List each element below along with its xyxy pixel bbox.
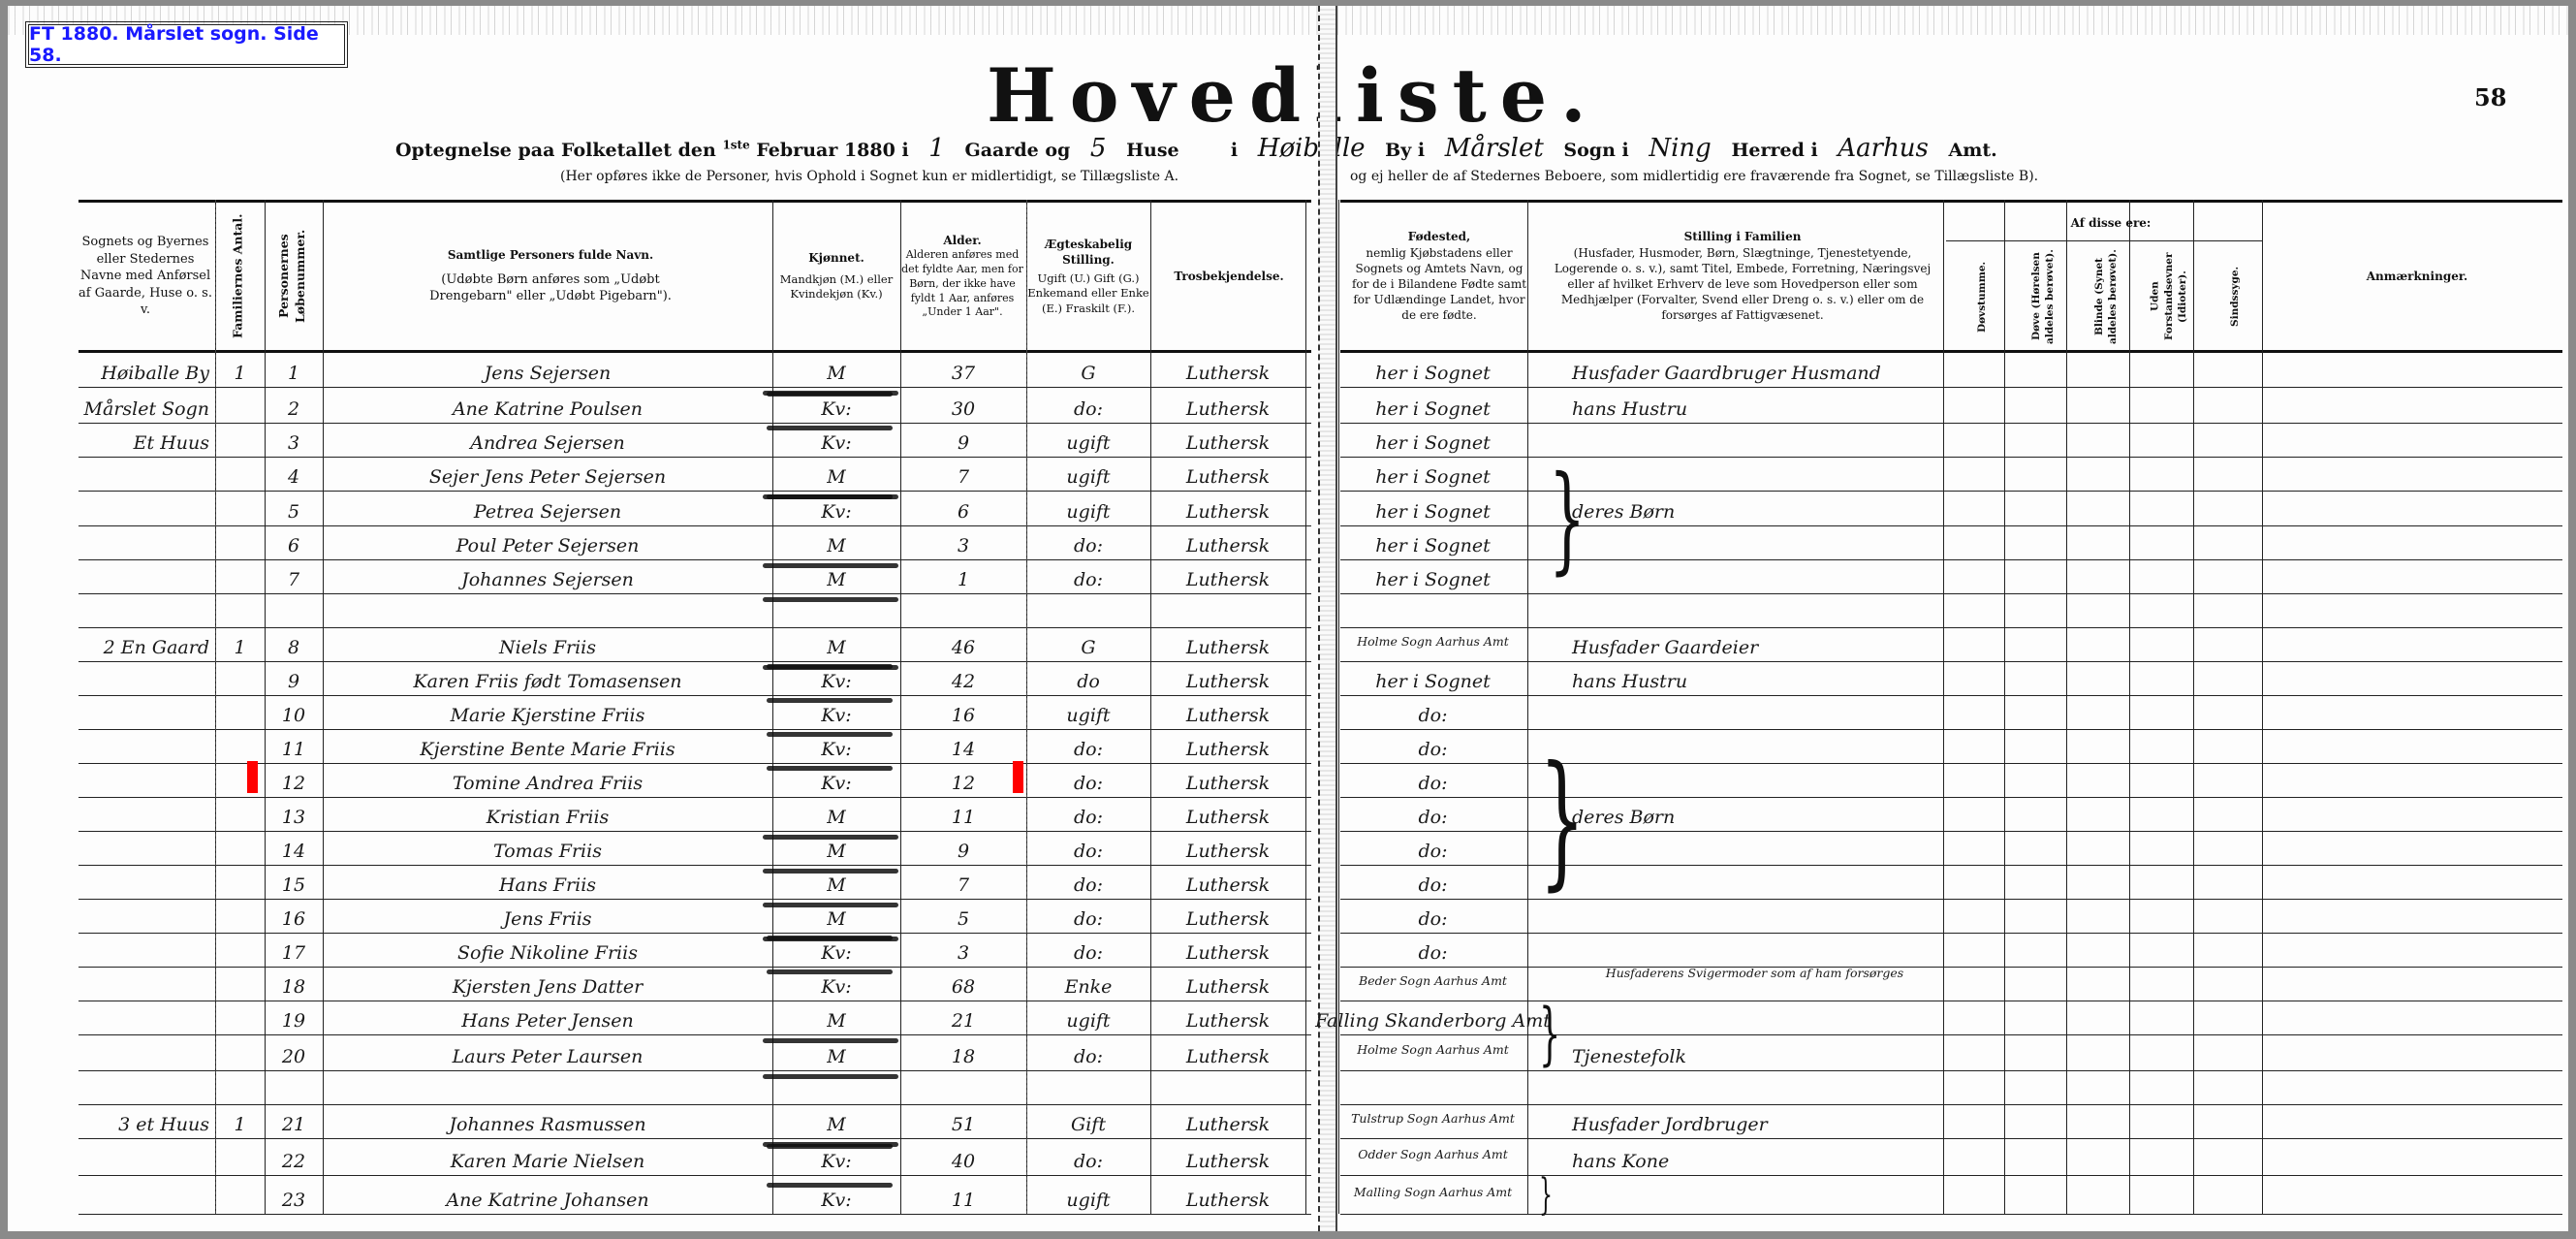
cell-age: 1 [906, 559, 1021, 589]
header-marital: Ægteskabelig Stilling. Ugift (U.) Gift (… [1027, 205, 1149, 348]
cell-religion: Luthersk [1156, 525, 1300, 556]
cell-place [36, 661, 209, 691]
cell-families [221, 797, 259, 827]
ruling-line [1340, 1104, 2562, 1105]
cell-birthplace: do: [1344, 695, 1522, 725]
cell-serial: 5 [270, 491, 317, 522]
cell-families [221, 831, 259, 861]
cell-marital: G [1032, 350, 1145, 383]
cell-marital: do: [1032, 1034, 1145, 1066]
cell-name: Sejer Jens Peter Sejersen [329, 457, 767, 487]
column-line [2066, 200, 2067, 1214]
ruling-line [1340, 387, 2562, 388]
cell-serial: 7 [270, 559, 317, 589]
cell-place [36, 933, 209, 963]
cell-age [906, 1070, 1021, 1100]
cell-name: Karen Marie Nielsen [329, 1138, 767, 1171]
cell-name: Ane Katrine Johansen [329, 1175, 767, 1210]
ruling-line [1340, 1001, 2562, 1001]
cell-birthplace: her i Sognet [1344, 661, 1522, 691]
cell-religion [1156, 593, 1300, 623]
header-position: Stilling i Familien (Husfader, Husmoder,… [1539, 205, 1946, 348]
header-birthplace: Fødested, nemlig Kjøbstadens eller Sogne… [1347, 205, 1531, 348]
cell-families [221, 387, 259, 419]
cell-marital: do: [1032, 763, 1145, 793]
cell-name: Kjersten Jens Datter [329, 967, 767, 997]
header-blind: Blinde (Synet aldeles berøvet). [2076, 246, 2136, 347]
header-deafmute: Døvstumme. [1954, 246, 2010, 347]
cell-marital: Enke [1032, 967, 1145, 997]
cell-name: Tomas Friis [329, 831, 767, 861]
cell-religion: Luthersk [1156, 1175, 1300, 1210]
header-deafmute-text: Døvstumme. [1975, 261, 1989, 332]
cell-families [221, 899, 259, 929]
cell-religion: Luthersk [1156, 661, 1300, 691]
cell-serial: 1 [270, 350, 317, 383]
cell-families [221, 729, 259, 759]
cell-name: Jens Sejersen [329, 350, 767, 383]
header-blind-text: Blinde (Synet aldeles berøvet). [2092, 246, 2120, 347]
cell-name: Tomine Andrea Friis [329, 763, 767, 793]
cell-serial: 21 [270, 1104, 317, 1134]
cell-position: hans Hustru [1572, 661, 1937, 691]
cell-name: Johannes Sejersen [329, 559, 767, 589]
cell-place [36, 763, 209, 793]
cell-sex: M [778, 350, 895, 383]
cell-families [221, 695, 259, 725]
column-line [1026, 200, 1027, 1214]
cell-name: Johannes Rasmussen [329, 1104, 767, 1134]
strike-mark [767, 392, 893, 397]
header-age: Alder. Alderen anføres med det fyldte Aa… [900, 205, 1024, 348]
cell-place [36, 457, 209, 487]
cell-serial: 8 [270, 627, 317, 657]
cell-serial: 2 [270, 387, 317, 419]
cell-position: Husfader Gaardeier [1572, 627, 1937, 657]
header-birthplace-title: Fødested, [1408, 229, 1470, 244]
cell-marital: do: [1032, 559, 1145, 589]
column-line [2193, 200, 2194, 1214]
ruling-line [1340, 350, 2562, 353]
cell-religion: Luthersk [1156, 1001, 1300, 1031]
cell-birthplace [1344, 593, 1522, 623]
cell-families [221, 1034, 259, 1066]
cell-age: 18 [906, 1034, 1021, 1066]
cell-serial: 16 [270, 899, 317, 929]
cell-religion: Luthersk [1156, 1138, 1300, 1171]
header-sex: Kjønnet. Mandkjøn (M.) eller Kvindekjøn … [775, 205, 897, 348]
cell-marital: do [1032, 661, 1145, 691]
cell-birthplace: Falling Skanderborg Amt [1344, 1001, 1522, 1031]
cell-serial: 23 [270, 1175, 317, 1210]
ruling-line [1340, 200, 2562, 203]
cell-serial: 10 [270, 695, 317, 725]
cell-religion [1156, 1070, 1300, 1100]
ruling-line [1340, 1138, 2562, 1139]
cell-serial: 18 [270, 967, 317, 997]
cell-religion: Luthersk [1156, 457, 1300, 487]
cell-religion: Luthersk [1156, 559, 1300, 589]
cell-sex: M [778, 865, 895, 895]
cell-sex: M [778, 831, 895, 861]
header-name-title: Samtlige Personers fulde Navn. [448, 247, 653, 263]
header-serial-text: Personernes Løbenummer. [276, 205, 309, 348]
cell-place [36, 729, 209, 759]
header-place-text: Sognets og Byernes eller Stedernes Navne… [79, 234, 212, 319]
ruling-line [1340, 457, 2562, 458]
cell-age: 16 [906, 695, 1021, 725]
cell-families [221, 661, 259, 691]
cell-birthplace: her i Sognet [1344, 559, 1522, 589]
cell-religion: Luthersk [1156, 899, 1300, 929]
ruling-line [1340, 593, 2562, 594]
cell-marital: ugift [1032, 423, 1145, 453]
column-line [2004, 200, 2005, 1214]
cell-birthplace: her i Sognet [1344, 525, 1522, 556]
strike-mark [767, 936, 893, 940]
cell-families: 1 [221, 627, 259, 657]
cell-place [36, 831, 209, 861]
header-insane: Sindssyge. [2203, 246, 2267, 347]
cell-name: Kristian Friis [329, 797, 767, 827]
column-line [1527, 200, 1528, 1214]
cell-sex: Kv: [778, 1175, 895, 1210]
cell-name: Kjerstine Bente Marie Friis [329, 729, 767, 759]
cell-marital: G [1032, 627, 1145, 657]
cell-religion: Luthersk [1156, 831, 1300, 861]
cell-families [221, 1175, 259, 1210]
cell-age: 68 [906, 967, 1021, 997]
ruling-line [1340, 1214, 2562, 1215]
cell-marital: ugift [1032, 457, 1145, 487]
cell-place [36, 695, 209, 725]
cell-serial: 22 [270, 1138, 317, 1171]
cell-families: 1 [221, 1104, 259, 1134]
cell-religion: Luthersk [1156, 387, 1300, 419]
cell-place [36, 525, 209, 556]
cell-marital: do: [1032, 831, 1145, 861]
cell-position: Tjenestefolk [1572, 1034, 1937, 1066]
header-place: Sognets og Byernes eller Stedernes Navne… [79, 205, 212, 348]
cell-place: Et Huus [36, 423, 209, 453]
cell-serial: 14 [270, 831, 317, 861]
cell-sex: M [778, 899, 895, 929]
cell-marital [1032, 593, 1145, 623]
header-position-title: Stilling i Familien [1684, 229, 1802, 244]
cell-place [36, 899, 209, 929]
header-families: Familiernes Antal. [215, 205, 262, 348]
ruling-line [1340, 729, 2562, 730]
cell-families [221, 457, 259, 487]
column-line [1150, 200, 1151, 1214]
cell-name: Marie Kjerstine Friis [329, 695, 767, 725]
ruling-line [1340, 627, 2562, 628]
cell-position: deres Børn [1572, 797, 1937, 827]
header-serial: Personernes Løbenummer. [265, 205, 321, 348]
column-line [772, 200, 773, 1214]
cell-position: Husfaderens Svigermoder som af ham forsø… [1572, 967, 1937, 997]
column-line [265, 200, 266, 1214]
cell-position: Husfader Gaardbruger Husmand [1572, 350, 1937, 383]
cell-families [221, 1070, 259, 1100]
ruling-line [1340, 695, 2562, 696]
cell-marital: Gift [1032, 1104, 1145, 1134]
cell-families [221, 865, 259, 895]
brace-children-family2: } [1539, 747, 1586, 893]
column-line [2129, 200, 2130, 1214]
cell-age [906, 593, 1021, 623]
header-families-text: Familiernes Antal. [231, 214, 247, 339]
cell-marital: do: [1032, 865, 1145, 895]
ruling-line [1340, 423, 2562, 424]
cell-name: Petrea Sejersen [329, 491, 767, 522]
cell-families: 1 [221, 350, 259, 383]
cell-serial: 6 [270, 525, 317, 556]
cell-marital: do: [1032, 1138, 1145, 1171]
cell-birthplace: her i Sognet [1344, 457, 1522, 487]
cell-birthplace: do: [1344, 729, 1522, 759]
cell-sex: M [778, 559, 895, 589]
cell-place: 2 En Gaard [36, 627, 209, 657]
cell-birthplace: do: [1344, 797, 1522, 827]
strike-mark [767, 698, 893, 703]
cell-place [36, 1138, 209, 1171]
cell-families [221, 593, 259, 623]
cell-age: 51 [906, 1104, 1021, 1134]
cell-age: 7 [906, 865, 1021, 895]
cell-marital: do: [1032, 797, 1145, 827]
census-page: FT 1880. Mårslet sogn. Side 58. Hovedlis… [8, 6, 2568, 1231]
cell-age: 14 [906, 729, 1021, 759]
cell-families [221, 967, 259, 997]
red-marker-right [1013, 761, 1023, 793]
header-name: Samtlige Personers fulde Navn. (Udøbte B… [328, 205, 773, 348]
cell-name [329, 593, 767, 623]
ruling-line [1946, 240, 2262, 241]
cell-place [36, 1070, 209, 1100]
cell-age: 42 [906, 661, 1021, 691]
cell-religion: Luthersk [1156, 695, 1300, 725]
ruling-line [1340, 763, 2562, 764]
ruling-line [1340, 797, 2562, 798]
column-line [1338, 200, 1339, 1214]
header-insane-text: Sindssyge. [2228, 267, 2242, 327]
strike-mark [767, 766, 893, 771]
brace-servants: } [1539, 1000, 1560, 1067]
header-idiot-text: Uden Forstandsevner (Idioter). [2149, 246, 2190, 347]
cell-age: 7 [906, 457, 1021, 487]
header-idiot: Uden Forstandsevner (Idioter). [2139, 246, 2199, 347]
cell-name: Ane Katrine Poulsen [329, 387, 767, 419]
column-line [2262, 200, 2263, 1214]
cell-birthplace: Holme Sogn Aarhus Amt [1344, 1034, 1522, 1066]
cell-religion: Luthersk [1156, 797, 1300, 827]
ruling-line [1340, 865, 2562, 866]
cell-age: 3 [906, 933, 1021, 963]
red-marker-left [247, 761, 258, 793]
cell-age: 5 [906, 899, 1021, 929]
cell-birthplace [1344, 1070, 1522, 1100]
cell-marital: do: [1032, 933, 1145, 963]
header-birthplace-note: nemlig Kjøbstadens eller Sognets og Amte… [1347, 245, 1531, 324]
column-line [1305, 200, 1306, 1214]
header-position-note: (Husfader, Husmoder, Børn, Slægtninge, T… [1549, 245, 1936, 324]
cell-religion: Luthersk [1156, 1104, 1300, 1134]
cell-place [36, 797, 209, 827]
cell-name: Hans Peter Jensen [329, 1001, 767, 1031]
cell-sex [778, 593, 895, 623]
column-line [323, 200, 324, 1214]
cell-name: Poul Peter Sejersen [329, 525, 767, 556]
cell-religion: Luthersk [1156, 627, 1300, 657]
header-deaf-text: Døve (Hørelsen aldeles berøvet). [2029, 246, 2057, 347]
cell-serial: 4 [270, 457, 317, 487]
cell-age: 3 [906, 525, 1021, 556]
cell-place [36, 1034, 209, 1066]
cell-religion: Luthersk [1156, 729, 1300, 759]
header-remarks-text: Anmærkninger. [2367, 269, 2468, 284]
ruling-line [1340, 491, 2562, 492]
cell-religion: Luthersk [1156, 865, 1300, 895]
cell-birthplace: her i Sognet [1344, 491, 1522, 522]
cell-marital: do: [1032, 387, 1145, 419]
brace-children-family1: } [1549, 461, 1586, 578]
cell-birthplace: her i Sognet [1344, 350, 1522, 383]
cell-birthplace: do: [1344, 899, 1522, 929]
ruling-line [79, 1214, 1311, 1215]
cell-serial: 17 [270, 933, 317, 963]
ruling-line [1340, 1175, 2562, 1176]
cell-place [36, 967, 209, 997]
ruling-line [1340, 831, 2562, 832]
header-of-these-text: Af disse ere: [2071, 215, 2152, 231]
cell-name: Jens Friis [329, 899, 767, 929]
cell-birthplace: Odder Sogn Aarhus Amt [1344, 1138, 1522, 1171]
header-religion: Trosbekjendelse. [1151, 205, 1306, 348]
cell-sex: M [778, 627, 895, 657]
cell-place: Mårslet Sogn [36, 387, 209, 419]
cell-name [329, 1070, 767, 1100]
strike-mark [767, 494, 893, 499]
cell-serial: 20 [270, 1034, 317, 1066]
cell-religion: Luthersk [1156, 763, 1300, 793]
column-line [1943, 200, 1944, 1214]
ruling-line [1340, 559, 2562, 560]
cell-age: 12 [906, 763, 1021, 793]
cell-religion: Luthersk [1156, 967, 1300, 997]
cell-religion: Luthersk [1156, 491, 1300, 522]
cell-serial: 12 [270, 763, 317, 793]
cell-position: deres Børn [1572, 491, 1937, 522]
cell-age: 11 [906, 1175, 1021, 1210]
cell-religion: Luthersk [1156, 933, 1300, 963]
cell-age: 30 [906, 387, 1021, 419]
cell-position: hans Kone [1572, 1138, 1937, 1171]
cell-serial: 19 [270, 1001, 317, 1031]
header-of-these: Af disse ere: [1952, 206, 2270, 239]
header-sex-title: Kjønnet. [808, 250, 864, 266]
cell-name: Laurs Peter Laursen [329, 1034, 767, 1066]
header-remarks: Anmærkninger. [2272, 205, 2562, 348]
cell-birthplace: Holme Sogn Aarhus Amt [1344, 627, 1522, 657]
cell-serial [270, 1070, 317, 1100]
cell-birthplace: Tulstrup Sogn Aarhus Amt [1344, 1104, 1522, 1134]
ruling-line [1340, 525, 2562, 526]
cell-serial: 3 [270, 423, 317, 453]
header-deaf: Døve (Hørelsen aldeles berøvet). [2014, 246, 2072, 347]
cell-age: 6 [906, 491, 1021, 522]
cell-families [221, 491, 259, 522]
header-marital-title: Ægteskabelig Stilling. [1027, 237, 1149, 268]
strike-mark [767, 1183, 893, 1188]
cell-marital [1032, 1070, 1145, 1100]
header-marital-note: Ugift (U.) Gift (G.) Enkemand eller Enke… [1027, 271, 1149, 317]
cell-sex: M [778, 1104, 895, 1134]
header-age-title: Alder. [943, 233, 981, 248]
cell-birthplace: do: [1344, 933, 1522, 963]
cell-birthplace: Beder Sogn Aarhus Amt [1344, 967, 1522, 997]
strike-mark [767, 1144, 893, 1149]
brace-bottom: } [1539, 1174, 1553, 1217]
strike-mark [767, 426, 893, 430]
cell-name: Sofie Nikoline Friis [329, 933, 767, 963]
cell-marital: ugift [1032, 695, 1145, 725]
column-line [215, 200, 216, 1214]
cell-families [221, 933, 259, 963]
cell-families [221, 559, 259, 589]
cell-serial: 11 [270, 729, 317, 759]
cell-name: Karen Friis født Tomasensen [329, 661, 767, 691]
cell-place [36, 559, 209, 589]
cell-name: Niels Friis [329, 627, 767, 657]
cell-place [36, 491, 209, 522]
cell-age: 21 [906, 1001, 1021, 1031]
cell-serial: 15 [270, 865, 317, 895]
cell-place: Høiballe By [36, 350, 209, 383]
cell-position: Husfader Jordbruger [1572, 1104, 1937, 1134]
cell-sex [778, 1070, 895, 1100]
cell-age: 37 [906, 350, 1021, 383]
cell-age: 11 [906, 797, 1021, 827]
cell-serial: 13 [270, 797, 317, 827]
cell-marital: ugift [1032, 1175, 1145, 1210]
cell-age: 9 [906, 831, 1021, 861]
strike-mark [767, 732, 893, 737]
ruling-line [1340, 1034, 2562, 1035]
strike-mark [767, 664, 893, 669]
cell-sex: M [778, 1001, 895, 1031]
ruling-line [1340, 899, 2562, 900]
cell-birthplace: do: [1344, 865, 1522, 895]
ruling-line [1340, 661, 2562, 662]
cell-birthplace: do: [1344, 831, 1522, 861]
ruling-line [79, 200, 1311, 203]
ruling-line [1340, 1070, 2562, 1071]
cell-age: 46 [906, 627, 1021, 657]
cell-sex: M [778, 797, 895, 827]
cell-birthplace: do: [1344, 763, 1522, 793]
cell-sex: M [778, 525, 895, 556]
header-name-note: (Udøbte Børn anføres som „Udøbt Drengeba… [405, 271, 696, 305]
cell-religion: Luthersk [1156, 350, 1300, 383]
cell-age: 9 [906, 423, 1021, 453]
ruling-line [1340, 967, 2562, 968]
cell-marital: do: [1032, 899, 1145, 929]
cell-birthplace: Malling Sogn Aarhus Amt [1344, 1175, 1522, 1210]
cell-families [221, 525, 259, 556]
cell-marital: do: [1032, 525, 1145, 556]
strike-mark [767, 969, 893, 974]
